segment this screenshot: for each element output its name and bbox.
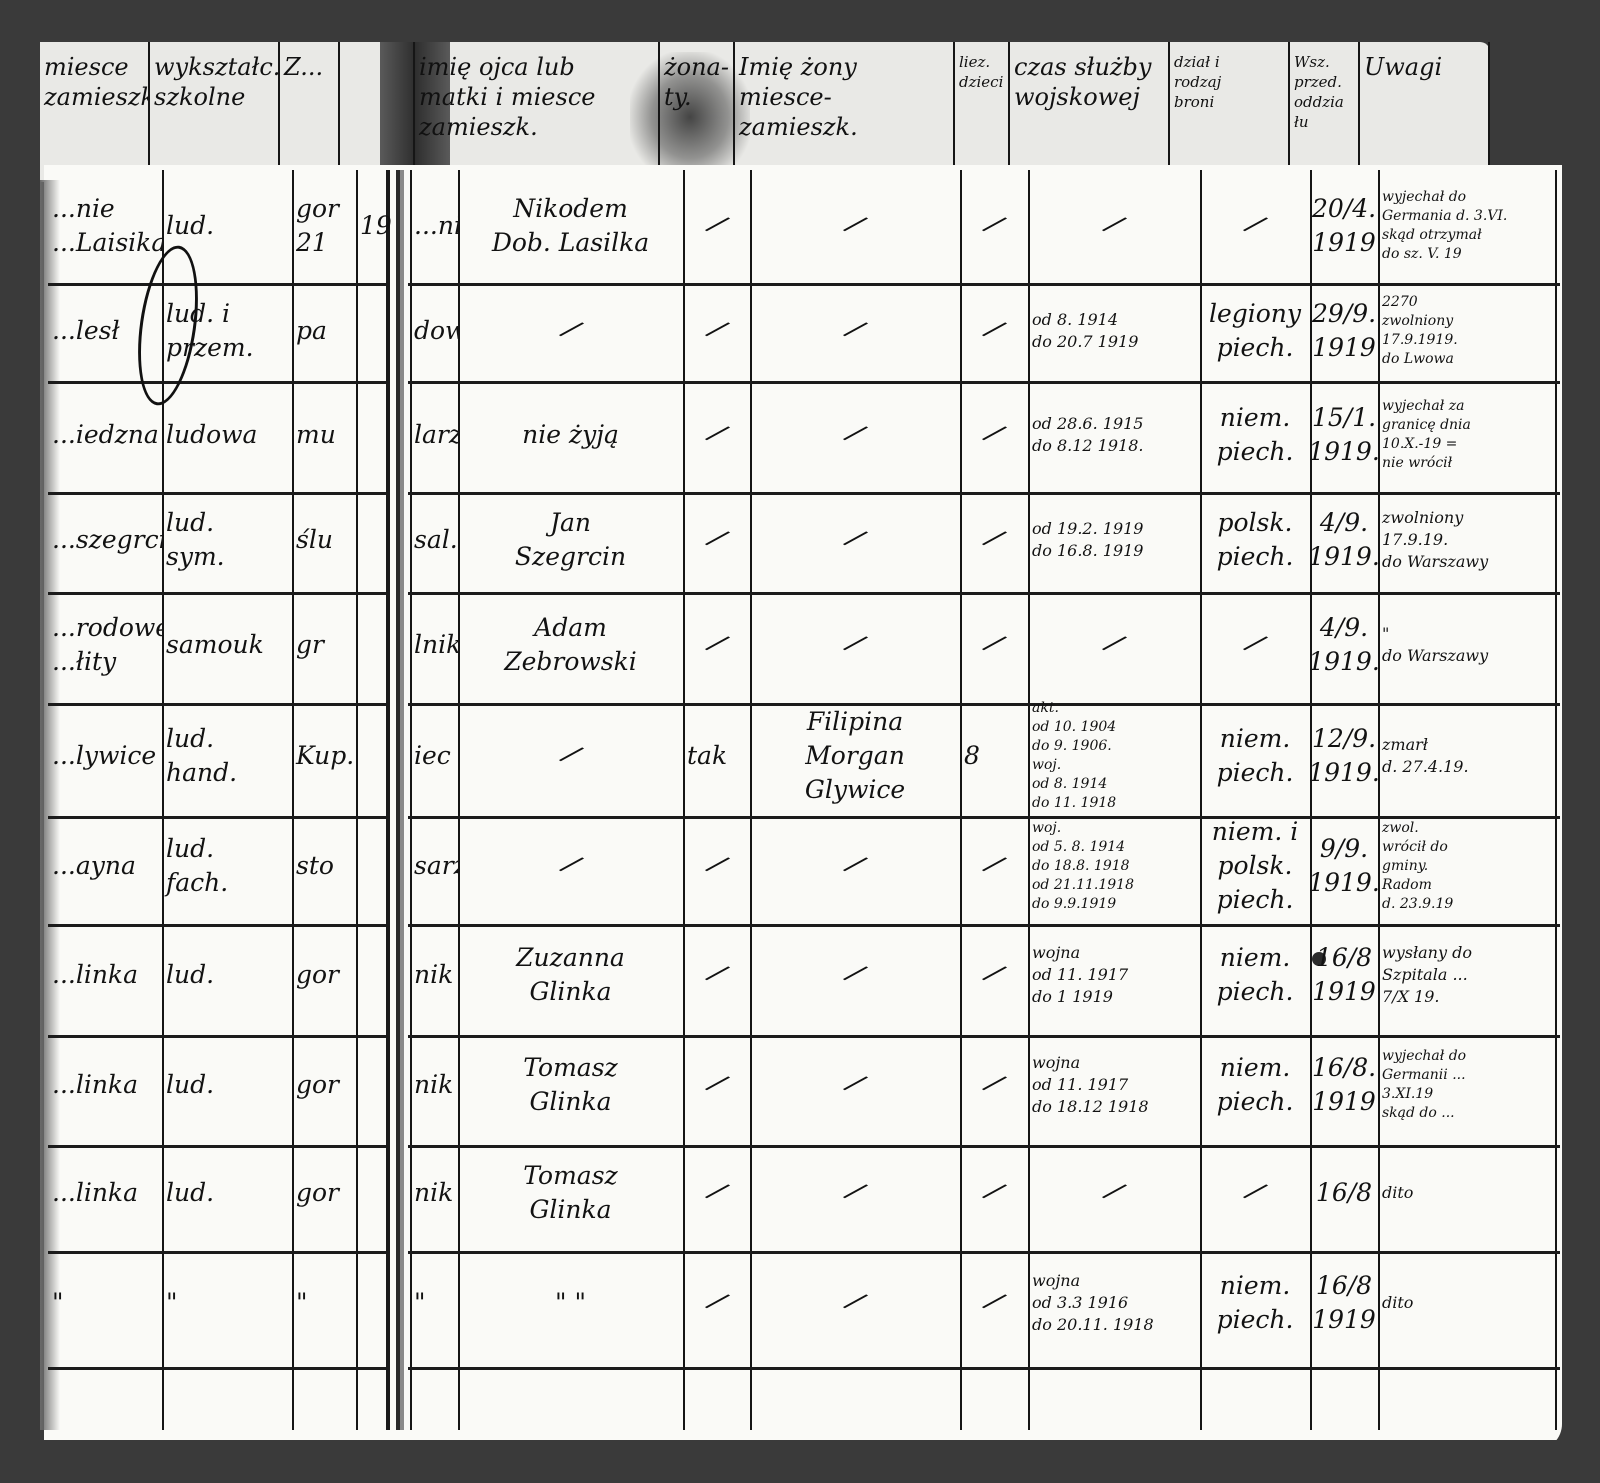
cell-remarks: dito [1378, 1140, 1555, 1245]
cell-branch: ⁄ [1200, 170, 1310, 282]
cell-children: 8 [960, 700, 1028, 812]
ditto-dash-mark: ⁄ [706, 629, 727, 661]
cell-branch: ⁄ [1200, 590, 1310, 700]
ditto-dash-mark: ⁄ [844, 1069, 865, 1101]
cell-parents: ⁄ [458, 700, 683, 812]
cell-branch: niem. piech. [1200, 380, 1310, 490]
page-fold [386, 170, 408, 1430]
cell-date: 16/8 [1310, 1140, 1378, 1245]
cell-place: ...lesł [48, 282, 162, 380]
cell-children: ⁄ [960, 490, 1028, 590]
cell-service: akt. od 10. 1904 do 9. 1906. woj. od 8. … [1028, 700, 1200, 812]
ditto-dash-mark: ⁄ [844, 210, 865, 242]
cell-col3: mu [292, 380, 356, 490]
ditto-dash-mark: ⁄ [706, 959, 727, 991]
cell-education: lud. [162, 1030, 292, 1140]
ditto-dash-mark: ⁄ [983, 1177, 1004, 1209]
ditto-dash-mark: ⁄ [983, 959, 1004, 991]
cell-branch: ⁄ [1200, 1140, 1310, 1245]
cell-parents: Adam Zebrowski [458, 590, 683, 700]
ditto-dash-mark: ⁄ [983, 524, 1004, 556]
cell-date: 20/4. 1919 [1310, 170, 1378, 282]
cell-wife: ⁄ [750, 1030, 960, 1140]
cell-married: ⁄ [683, 1245, 750, 1360]
cell-remarks: wyjechał do Germanii ... 3.XI.19 skąd do… [1378, 1030, 1555, 1140]
cell-occupation: ...nik [410, 170, 458, 282]
cell-wife: ⁄ [750, 1140, 960, 1245]
ditto-dash-mark: ⁄ [706, 1287, 727, 1319]
ditto-dash-mark: ⁄ [844, 524, 865, 556]
cell-children: ⁄ [960, 170, 1028, 282]
column-rule [356, 170, 358, 1430]
ditto-dash-mark: ⁄ [844, 419, 865, 451]
cell-occupation: lnik [410, 590, 458, 700]
cell-children: ⁄ [960, 590, 1028, 700]
cell-date: 29/9. 1919 [1310, 282, 1378, 380]
ditto-dash-mark: ⁄ [844, 959, 865, 991]
ditto-dash-mark: ⁄ [560, 850, 581, 882]
cell-service: ⁄ [1028, 170, 1200, 282]
cell-date: 9/9. 1919. [1310, 812, 1378, 920]
column-header-service: czas służby wojskowej [1010, 42, 1170, 172]
cell-service: ⁄ [1028, 1140, 1200, 1245]
cell-wife: ⁄ [750, 490, 960, 590]
cell-wife: ⁄ [750, 380, 960, 490]
cell-service: wojna od 3.3 1916 do 20.11. 1918 [1028, 1245, 1200, 1360]
ditto-dash-mark: ⁄ [706, 1177, 727, 1209]
cell-col3: gor 21 [292, 170, 356, 282]
cell-remarks: 2270 zwolniony 17.9.1919. do Lwowa [1378, 282, 1555, 380]
ditto-dash-mark: ⁄ [844, 1287, 865, 1319]
cell-date: 12/9. 1919. [1310, 700, 1378, 812]
cell-col3b: 19 [356, 170, 410, 282]
column-header-married: żona- ty. [660, 42, 735, 172]
cell-education: " [162, 1245, 292, 1360]
cell-education: lud. i przem. [162, 282, 292, 380]
cell-occupation: larz [410, 380, 458, 490]
cell-wife: ⁄ [750, 1245, 960, 1360]
cell-children: ⁄ [960, 282, 1028, 380]
cell-married: ⁄ [683, 170, 750, 282]
ditto-dash-mark: ⁄ [983, 210, 1004, 242]
cell-married: ⁄ [683, 1030, 750, 1140]
cell-occupation: nik [410, 1140, 458, 1245]
cell-education: lud. [162, 170, 292, 282]
cell-education: lud. [162, 1140, 292, 1245]
cell-parents: Tomasz Glinka [458, 1030, 683, 1140]
cell-wife: ⁄ [750, 170, 960, 282]
ditto-dash-mark: ⁄ [983, 1069, 1004, 1101]
ditto-dash-mark: ⁄ [844, 315, 865, 347]
bottom-background [40, 1440, 1570, 1483]
cell-remarks: wysłany do Szpitala ... 7/X 19. [1378, 920, 1555, 1030]
cell-col3: " [292, 1245, 356, 1360]
cell-branch: legiony piech. [1200, 282, 1310, 380]
ditto-dash-mark: ⁄ [706, 524, 727, 556]
cell-place: ...linka [48, 1030, 162, 1140]
cell-education: ludowa [162, 380, 292, 490]
cell-wife: ⁄ [750, 282, 960, 380]
cell-place: ...ayna [48, 812, 162, 920]
cell-service: wojna od 11. 1917 do 1 1919 [1028, 920, 1200, 1030]
cell-occupation: sarz [410, 812, 458, 920]
cell-col3: gor [292, 1140, 356, 1245]
ditto-dash-mark: ⁄ [983, 1287, 1004, 1319]
cell-date: 4/9. 1919. [1310, 490, 1378, 590]
cell-children: ⁄ [960, 1140, 1028, 1245]
cell-children: ⁄ [960, 1030, 1028, 1140]
cell-remarks: zwol. wrócił do gminy. Radom d. 23.9.19 [1378, 812, 1555, 920]
cell-occupation: dow. [410, 282, 458, 380]
cell-remarks: " do Warszawy [1378, 590, 1555, 700]
cell-branch: niem. i polsk. piech. [1200, 812, 1310, 920]
cell-col3: sto [292, 812, 356, 920]
cell-wife: Filipina Morgan Glywice [750, 700, 960, 812]
row-rule [48, 1367, 1560, 1370]
cell-married: ⁄ [683, 1140, 750, 1245]
ditto-dash-mark: ⁄ [1103, 629, 1124, 661]
cell-col3: Kup. [292, 700, 356, 812]
cell-col3: gor [292, 1030, 356, 1140]
ditto-dash-mark: ⁄ [560, 740, 581, 772]
cell-education: lud. sym. [162, 490, 292, 590]
cell-parents: " " [458, 1245, 683, 1360]
cell-col3: ślu [292, 490, 356, 590]
cell-place: ...linka [48, 1140, 162, 1245]
cell-place: " [48, 1245, 162, 1360]
ditto-dash-mark: ⁄ [1244, 629, 1265, 661]
column-rule [1555, 170, 1557, 1430]
cell-service: od 19.2. 1919 do 16.8. 1919 [1028, 490, 1200, 590]
ditto-dash-mark: ⁄ [983, 315, 1004, 347]
cell-parents: Zuzanna Glinka [458, 920, 683, 1030]
cell-service: wojna od 11. 1917 do 18.12 1918 [1028, 1030, 1200, 1140]
cell-occupation: nik [410, 920, 458, 1030]
column-header-date: Wsz. przed. oddzia łu [1290, 42, 1360, 172]
ditto-dash-mark: ⁄ [983, 419, 1004, 451]
ditto-dash-mark: ⁄ [844, 629, 865, 661]
cell-education: lud. hand. [162, 700, 292, 812]
ditto-dash-mark: ⁄ [844, 1177, 865, 1209]
cell-branch: niem. piech. [1200, 920, 1310, 1030]
cell-remarks: dito [1378, 1245, 1555, 1360]
column-header-parents: imię ojca lub matki i miesce zamieszk. [415, 42, 660, 172]
ditto-dash-mark: ⁄ [706, 850, 727, 882]
cell-married: ⁄ [683, 282, 750, 380]
cell-married: ⁄ [683, 812, 750, 920]
cell-parents: ⁄ [458, 282, 683, 380]
cell-wife: ⁄ [750, 590, 960, 700]
cell-education: lud. [162, 920, 292, 1030]
cell-wife: ⁄ [750, 812, 960, 920]
cell-branch: niem. piech. [1200, 1245, 1310, 1360]
cell-wife: ⁄ [750, 920, 960, 1030]
register-page: miesce zamieszkan.wykształc. szkolneZ...… [0, 0, 1600, 1483]
cell-parents: ⁄ [458, 812, 683, 920]
cell-parents: Jan Szegrcin [458, 490, 683, 590]
cell-service: od 28.6. 1915 do 8.12 1918. [1028, 380, 1200, 490]
ditto-dash-mark: ⁄ [983, 629, 1004, 661]
ditto-dash-mark: ⁄ [844, 850, 865, 882]
column-header-col3: Z... [280, 42, 340, 172]
cell-date: 16/8 1919 [1310, 1245, 1378, 1360]
cell-children: ⁄ [960, 920, 1028, 1030]
column-header-education: wykształc. szkolne [150, 42, 280, 172]
cell-date: 15/1. 1919. [1310, 380, 1378, 490]
column-header-remarks: Uwagi [1360, 42, 1490, 172]
column-header-place: miesce zamieszkan. [40, 42, 150, 172]
cell-remarks: wyjechał za granicę dnia 10.X.-19 = nie … [1378, 380, 1555, 490]
cell-col3: gor [292, 920, 356, 1030]
cell-children: ⁄ [960, 1245, 1028, 1360]
cell-remarks: zwolniony 17.9.19. do Warszawy [1378, 490, 1555, 590]
cell-parents: Tomasz Glinka [458, 1140, 683, 1245]
cell-place: ...szegrcin [48, 490, 162, 590]
cell-parents: nie żyją [458, 380, 683, 490]
cell-remarks: zmarł d. 27.4.19. [1378, 700, 1555, 812]
ditto-dash-mark: ⁄ [706, 315, 727, 347]
cell-parents: Nikodem Dob. Lasilka [458, 170, 683, 282]
cell-married: ⁄ [683, 920, 750, 1030]
column-header-branch: dział i rodzaj broni [1170, 42, 1290, 172]
cell-date: 4/9. 1919. [1310, 590, 1378, 700]
ditto-dash-mark: ⁄ [560, 315, 581, 347]
cell-remarks: wyjechał do Germania d. 3.VI. skąd otrzy… [1378, 170, 1555, 282]
ditto-dash-mark: ⁄ [1103, 1177, 1124, 1209]
cell-occupation: nik [410, 1030, 458, 1140]
cell-children: ⁄ [960, 812, 1028, 920]
cell-married: ⁄ [683, 490, 750, 590]
cell-branch: niem. piech. [1200, 700, 1310, 812]
cell-occupation: sal. [410, 490, 458, 590]
cell-branch: niem. piech. [1200, 1030, 1310, 1140]
cell-education: lud. fach. [162, 812, 292, 920]
ditto-dash-mark: ⁄ [1244, 1177, 1265, 1209]
column-header-wife: Imię żony miesce-zamieszk. [735, 42, 955, 172]
column-header-occupation [340, 42, 415, 172]
cell-place: ...rodowe ...łity [48, 590, 162, 700]
ditto-dash-mark: ⁄ [706, 210, 727, 242]
cell-education: samouk [162, 590, 292, 700]
cell-married: ⁄ [683, 380, 750, 490]
cell-place: ...linka [48, 920, 162, 1030]
ditto-dash-mark: ⁄ [706, 419, 727, 451]
cell-col3: pa [292, 282, 356, 380]
ditto-dash-mark: ⁄ [983, 850, 1004, 882]
cell-occupation: " [410, 1245, 458, 1360]
cell-married: ⁄ [683, 590, 750, 700]
cell-col3: gr [292, 590, 356, 700]
cell-branch: polsk. piech. [1200, 490, 1310, 590]
cell-occupation: iec [410, 700, 458, 812]
ditto-dash-mark: ⁄ [706, 1069, 727, 1101]
ditto-dash-mark: ⁄ [1244, 210, 1265, 242]
cell-place: ...nie ...Laisika [48, 170, 162, 282]
cell-date: 16/8 1919 [1310, 920, 1378, 1030]
cell-married: tak [683, 700, 750, 812]
cell-service: woj. od 5. 8. 1914 do 18.8. 1918 od 21.1… [1028, 812, 1200, 920]
cell-date: 16/8. 1919 [1310, 1030, 1378, 1140]
cell-place: ...lywice [48, 700, 162, 812]
cell-children: ⁄ [960, 380, 1028, 490]
cell-service: od 8. 1914 do 20.7 1919 [1028, 282, 1200, 380]
cell-service: ⁄ [1028, 590, 1200, 700]
ditto-dash-mark: ⁄ [1103, 210, 1124, 242]
column-header-children: liez. dzieci [955, 42, 1010, 172]
cell-place: ...iedzna [48, 380, 162, 490]
